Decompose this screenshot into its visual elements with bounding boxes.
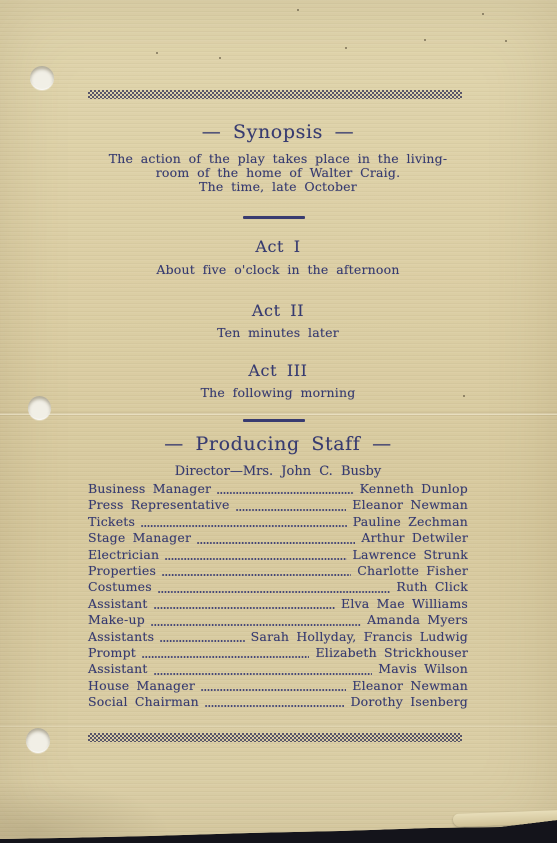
- staff-name: Mavis Wilson: [378, 661, 468, 676]
- staff-role-label: Press Representative: [88, 497, 230, 512]
- program-page: — Synopsis — The action of the play take…: [0, 0, 557, 843]
- staff-name: Amanda Myers: [367, 612, 468, 627]
- staff-role-label: Properties: [88, 563, 156, 578]
- staff-row: Assistant Mavis Wilson: [88, 661, 468, 677]
- paper-speck: [482, 13, 484, 15]
- staff-name: Eleanor Newman: [352, 678, 468, 693]
- synopsis-text: The action of the play takes place in th…: [88, 152, 468, 194]
- paper-speck: [297, 9, 299, 11]
- staff-role-label: Tickets: [88, 514, 135, 529]
- synopsis-line: room of the home of Walter Craig.: [88, 166, 468, 180]
- staff-row: Make-up Amanda Myers: [88, 612, 468, 628]
- staff-name: Charlotte Fisher: [357, 563, 468, 578]
- paper-crease: [0, 724, 557, 728]
- staff-row: House Manager Eleanor Newman: [88, 678, 468, 694]
- staff-role-label: House Manager: [88, 678, 195, 693]
- synopsis-line: The time, late October: [88, 180, 468, 194]
- staff-row: Press Representative Eleanor Newman: [88, 497, 468, 513]
- staff-name: Arthur Detwiler: [361, 530, 468, 545]
- dotted-leader: [201, 689, 346, 691]
- dotted-leader: [165, 558, 346, 560]
- director-credit: Director—Mrs. John C. Busby: [88, 464, 468, 479]
- staff-role-label: Electrician: [88, 547, 159, 562]
- staff-row: Assistants Sarah Hollyday, Francis Ludwi…: [88, 629, 468, 645]
- staff-row: Social Chairman Dorothy Isenberg: [88, 694, 468, 710]
- paper-speck: [463, 395, 465, 397]
- dotted-leader: [141, 525, 347, 527]
- staff-row: Tickets Pauline Zechman: [88, 514, 468, 530]
- staff-row: Prompt Elizabeth Strickhouser: [88, 645, 468, 661]
- staff-list: Business Manager Kenneth Dunlop Press Re…: [88, 481, 468, 710]
- staff-name: Pauline Zechman: [353, 514, 468, 529]
- paper-shadow: [0, 780, 170, 840]
- staff-row: Assistant Elva Mae Williams: [88, 596, 468, 612]
- act-title: Act I: [88, 237, 468, 256]
- decorative-border-bottom: [88, 733, 462, 742]
- dotted-leader: [162, 574, 351, 576]
- dotted-leader: [197, 542, 355, 544]
- section-divider: [243, 419, 305, 422]
- dotted-leader: [236, 509, 347, 511]
- staff-role-label: Business Manager: [88, 481, 211, 496]
- staff-row: Electrician Lawrence Strunk: [88, 547, 468, 563]
- paper-speck: [345, 47, 347, 49]
- staff-role-label: Make-up: [88, 612, 145, 627]
- staff-role-label: Social Chairman: [88, 694, 199, 709]
- dotted-leader: [205, 705, 345, 707]
- dotted-leader: [151, 624, 361, 626]
- dotted-leader: [160, 640, 244, 642]
- staff-role-label: Assistant: [88, 596, 148, 611]
- synopsis-heading: — Synopsis —: [88, 121, 468, 143]
- staff-name: Lawrence Strunk: [353, 547, 469, 562]
- dotted-leader: [158, 591, 391, 593]
- punch-hole-bottom: [26, 728, 50, 753]
- dotted-leader: [154, 607, 335, 609]
- paper-speck: [424, 39, 426, 41]
- dotted-leader: [142, 656, 309, 658]
- staff-row: Business Manager Kenneth Dunlop: [88, 481, 468, 497]
- staff-name: Ruth Click: [396, 579, 468, 594]
- act-description: The following morning: [88, 386, 468, 400]
- staff-role-label: Assistant: [88, 661, 148, 676]
- synopsis-line: The action of the play takes place in th…: [88, 152, 468, 166]
- dotted-leader: [154, 673, 373, 675]
- staff-name: Dorothy Isenberg: [350, 694, 468, 709]
- decorative-border-top: [88, 90, 462, 99]
- producing-staff-heading: — Producing Staff —: [88, 433, 468, 455]
- act-title: Act III: [88, 361, 468, 380]
- dotted-leader: [217, 492, 353, 494]
- torn-edge: [453, 810, 557, 827]
- staff-role-label: Prompt: [88, 645, 136, 660]
- paper-speck: [219, 57, 221, 59]
- staff-name: Sarah Hollyday, Francis Ludwig: [251, 629, 468, 644]
- act-description: About five o'clock in the afternoon: [88, 263, 468, 277]
- paper-crease: [0, 412, 557, 416]
- scanned-program-photo: — Synopsis — The action of the play take…: [0, 0, 557, 843]
- staff-role-label: Assistants: [88, 629, 154, 644]
- staff-name: Elva Mae Williams: [341, 596, 468, 611]
- staff-row: Costumes Ruth Click: [88, 579, 468, 595]
- act-title: Act II: [88, 301, 468, 320]
- staff-role-label: Stage Manager: [88, 530, 191, 545]
- staff-name: Elizabeth Strickhouser: [315, 645, 468, 660]
- staff-row: Stage Manager Arthur Detwiler: [88, 530, 468, 546]
- act-description: Ten minutes later: [88, 326, 468, 340]
- staff-name: Eleanor Newman: [352, 497, 468, 512]
- paper-speck: [505, 40, 507, 42]
- paper-speck: [156, 52, 158, 54]
- staff-role-label: Costumes: [88, 579, 152, 594]
- punch-hole-top: [30, 66, 54, 90]
- punch-hole-middle: [28, 396, 51, 420]
- staff-row: Properties Charlotte Fisher: [88, 563, 468, 579]
- staff-name: Kenneth Dunlop: [360, 481, 468, 496]
- section-divider: [243, 216, 305, 219]
